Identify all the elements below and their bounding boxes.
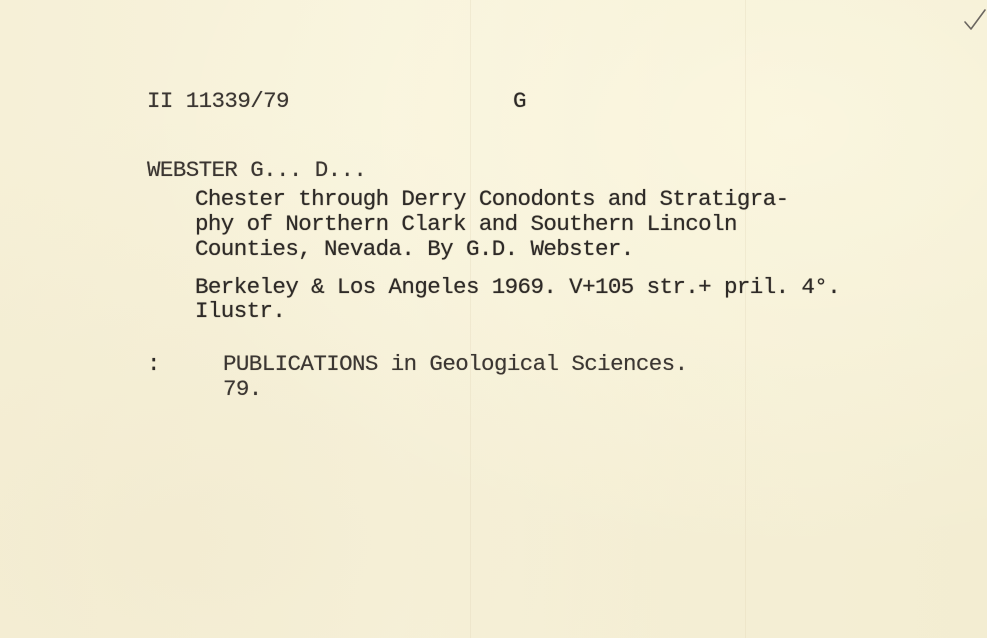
section-letter: G <box>513 88 526 114</box>
title-line: Counties, Nevada. By G.D. Webster. <box>195 236 634 262</box>
series-number: 79. <box>223 376 262 402</box>
checkmark-icon <box>963 8 987 32</box>
paper-crease <box>470 0 471 638</box>
series-title: PUBLICATIONS in Geological Sciences. <box>223 351 687 377</box>
author-heading: WEBSTER G... D... <box>147 157 366 183</box>
series-marker: : <box>147 351 160 377</box>
imprint-line: Ilustr. <box>195 298 285 324</box>
paper-crease <box>745 0 746 638</box>
catalog-card: II 11339/79 G WEBSTER G... D... Chester … <box>0 0 987 638</box>
title-line: phy of Northern Clark and Southern Linco… <box>195 211 737 237</box>
title-line: Chester through Derry Conodonts and Stra… <box>195 186 789 212</box>
imprint-line: Berkeley & Los Angeles 1969. V+105 str.+… <box>195 274 840 300</box>
call-number: II 11339/79 <box>147 88 289 114</box>
